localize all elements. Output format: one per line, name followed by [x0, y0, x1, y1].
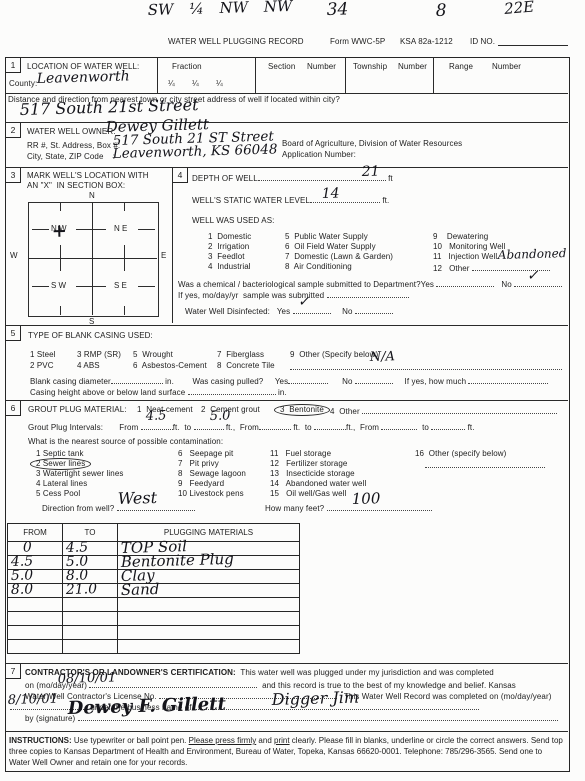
section5-title: TYPE OF BLANK CASING USED: [28, 331, 153, 340]
cell-to [63, 598, 118, 612]
divider [5, 731, 568, 732]
dotted-line [327, 289, 409, 298]
chem-no-checkmark-handwritten: ✓ [527, 268, 539, 284]
cell-from [8, 598, 63, 612]
divider [5, 93, 568, 94]
owner-address-label: RR #, St. Address, Box #: [27, 141, 120, 150]
contamination-item: 9 Feedyard [178, 479, 224, 488]
casing-height-label: Casing height above or below land surfac… [30, 388, 185, 397]
feet-label: How many feet? [265, 504, 324, 513]
scanned-form-page: SW ¼ NW NW 34 8 22E WATER WELL PLUGGING … [0, 0, 585, 781]
inches-label: in. [165, 377, 174, 386]
contamination-item: 5 Cess Pool [36, 489, 80, 498]
casing-option: 6 Asbestos-Cement [133, 361, 207, 370]
cell-to [63, 612, 118, 626]
section3-title-line1: MARK WELL'S LOCATION WITH [27, 171, 149, 180]
cell-to [63, 640, 118, 654]
grout-option-bentonite-circled: 3 Bentonite [274, 404, 330, 416]
section-box-diagram [28, 202, 159, 317]
inches-label: in. [278, 388, 287, 397]
cell-material [118, 598, 300, 612]
divider [5, 167, 568, 168]
pulled-no-label: No [342, 377, 352, 386]
feet-line: How many feet? [265, 502, 432, 513]
certification-text1: This water well was plugged under my jur… [240, 668, 494, 677]
business-name-handwritten: Digger Jim [271, 688, 359, 709]
divider [172, 167, 173, 323]
used-item: 2 Irrigation [208, 242, 249, 251]
cell-material: Sand [118, 584, 300, 598]
divider [255, 57, 256, 93]
from-value-handwritten: 5.0 [11, 570, 34, 581]
disinfected-yes-checkmark-handwritten: ✓ [298, 294, 310, 310]
contamination-other-label: 16 Other (specify below) [415, 449, 506, 458]
feet-value-handwritten: 100 [351, 489, 380, 508]
table-row [8, 640, 300, 654]
from-label: From [360, 423, 379, 432]
dotted-line [259, 421, 291, 430]
statute-reference: KSA 82a-1212 [400, 37, 453, 46]
material-value-handwritten: Bentonite Plug [121, 553, 234, 566]
handwritten-range-number: 22E [503, 0, 535, 18]
contamination-item: 14 Abandoned water well [270, 479, 366, 488]
cell-material [118, 640, 300, 654]
dotted-line [288, 375, 328, 384]
casing-diameter-label: Blank casing diameter [30, 377, 111, 386]
from-label: From [240, 423, 259, 432]
chem-no-label: No [501, 280, 511, 289]
contamination-item: 6 Seepage pit [178, 449, 233, 458]
to-value-handwritten: 21.0 [66, 584, 97, 595]
range-col-label: Range [449, 62, 473, 71]
diagram-tick [124, 202, 125, 211]
used-item: 1 Domestic [208, 232, 251, 241]
depth-value-handwritten: 21 [362, 164, 380, 180]
contamination-question: What is the nearest source of possible c… [28, 437, 223, 446]
table-row [8, 612, 300, 626]
dotted-line [355, 305, 393, 314]
casing-option: 8 Concrete Tile [217, 361, 275, 370]
pulled-yes-label: Yes [275, 377, 288, 386]
quarter-1: ¼ [168, 79, 175, 88]
depth-label: DEPTH OF WELL [192, 174, 258, 183]
dotted-line [381, 421, 417, 430]
well-location-mark-handwritten: + [51, 221, 67, 242]
quarter-2: ¼ [192, 79, 199, 88]
handwritten-township-number: 8 [435, 1, 446, 21]
to-label: to [305, 423, 312, 432]
used-item: 5 Public Water Supply [285, 232, 368, 241]
diagram-center-horizontal [28, 258, 157, 259]
direction-value-handwritten: West [117, 488, 157, 508]
diagram-tick [60, 202, 61, 211]
col-header-to: TO [63, 524, 118, 542]
handwritten-section-number: 34 [326, 0, 348, 20]
ft-label: ft. [173, 423, 180, 432]
cell-from [8, 640, 63, 654]
divider [345, 57, 346, 93]
section6-number-box: 6 [6, 401, 21, 416]
casing-option: 9 Other (Specify below) [290, 350, 378, 359]
diagram-tick [124, 306, 125, 315]
used-item: 3 Feedlot [208, 252, 245, 261]
used-item: 7 Domestic (Lawn & Garden) [285, 252, 393, 261]
used-other-label: 12 Other [433, 264, 470, 273]
instructions-text: and [256, 736, 274, 745]
completed-date-handwritten: 08/10/01 [58, 670, 117, 687]
cell-material [118, 612, 300, 626]
to-label: to [422, 423, 429, 432]
divider [5, 122, 568, 123]
chemical-sample-question: Was a chemical / bacteriological sample … [178, 280, 421, 289]
static-level-label: WELL'S STATIC WATER LEVEL [192, 196, 310, 205]
divider [5, 400, 568, 401]
section2-number-box: 2 [6, 123, 21, 138]
disinfected-line: Water Well Disinfected: Yes No [185, 305, 393, 316]
contamination-item: 3 Watertight sewer lines [36, 469, 123, 478]
depth-unit: ft [388, 174, 393, 183]
disinfected-label: Water Well Disinfected: [185, 307, 270, 316]
dotted-line [431, 421, 465, 430]
owner-label: WATER WELL OWNER: [27, 127, 116, 136]
to-value-handwritten: 8.0 [66, 570, 89, 581]
contamination-item: 1 Septic tank [36, 449, 84, 458]
to-label: to [184, 423, 191, 432]
used-item: 11 Injection Well [433, 252, 497, 261]
contamination-item: 4 Lateral lines [36, 479, 87, 488]
diagram-dash [138, 229, 155, 230]
chemical-sample-line: Was a chemical / bacteriological sample … [178, 278, 562, 289]
dotted-line [310, 194, 380, 203]
dotted-line [314, 421, 346, 430]
used-item: 6 Oil Field Water Supply [285, 242, 376, 251]
static-level-line: WELL'S STATIC WATER LEVEL ft. [192, 194, 389, 205]
county-value-handwritten: Leavenworth [37, 68, 130, 87]
record-completed-date-handwritten: 8/10/01 [8, 692, 59, 708]
handwritten-quarter-calls: SW ¼ NW NW [147, 0, 292, 19]
cell-to [63, 626, 118, 640]
disinfected-yes-label: Yes [277, 307, 290, 316]
cell-from [8, 612, 63, 626]
well-used-as-label: WELL WAS USED AS: [192, 216, 274, 225]
diagram-tick [60, 245, 61, 271]
contamination-item: 12 Fertilizer storage [270, 459, 347, 468]
section3-title-line2: AN "X" IN SECTION BOX: [27, 181, 125, 190]
record-completed-label: This Water Well Record was completed on … [344, 692, 552, 701]
casing-option: 2 PVC [30, 361, 54, 370]
casing-other-value-handwritten: N/A [370, 349, 396, 365]
diagram-dash [76, 229, 106, 230]
contamination-item: 8 Sewage lagoon [178, 469, 246, 478]
plugging-materials-table: FROM TO PLUGGING MATERIALS 0 4.5 TOP Soi… [7, 523, 300, 654]
instructions-underlined-text: Please press firmly [189, 736, 257, 745]
quadrant-label-ne: N E [112, 224, 129, 233]
instructions-underlined-text: print [274, 736, 290, 745]
owner-city-label: City, State, ZIP Code : [27, 152, 115, 161]
section3-number-box: 3 [6, 168, 21, 183]
ft-comma-label: ft., [346, 423, 355, 432]
application-number-label: Application Number: [282, 150, 356, 159]
diagram-dash [138, 286, 155, 287]
quadrant-label-se: S E [112, 281, 129, 290]
instructions-text: Use typewriter or ball point pen. [72, 736, 189, 745]
used-item: 8 Air Conditioning [285, 262, 352, 271]
compass-north: N [89, 191, 95, 200]
casing-option: 3 RMP (SR) [77, 350, 121, 359]
casing-other-dotted-line [290, 361, 562, 370]
casing-diameter-line: Blank casing diameter in. Was casing pul… [30, 375, 548, 386]
contamination-other-dotted-line [425, 459, 545, 468]
dotted-line [355, 375, 393, 384]
casing-pulled-question: Was casing pulled? [192, 377, 263, 386]
cell-from: 8.0 [8, 584, 63, 598]
interval-to-value-handwritten: 5.0 [210, 408, 231, 424]
signature-handwritten: Dewey F. Gillett [67, 694, 226, 719]
instructions-block: INSTRUCTIONS: Use typewriter or ball poi… [9, 735, 565, 768]
county-label: County: [9, 79, 37, 88]
direction-label: Direction from well? [42, 504, 114, 513]
casing-height-line: Casing height above or below land surfac… [30, 386, 287, 397]
dotted-line [188, 386, 276, 395]
quarter-3: ¼ [216, 79, 223, 88]
dotted-line [111, 375, 163, 384]
casing-option: 7 Fiberglass [217, 350, 264, 359]
from-label: From [119, 423, 138, 432]
col-header-from: FROM [8, 524, 63, 542]
from-value-handwritten: 8.0 [11, 584, 34, 595]
to-value-handwritten: 5.0 [66, 556, 89, 567]
ft-comma-label: ft., [226, 423, 235, 432]
section1-number-box: 1 [6, 58, 21, 73]
section4-number-box: 4 [173, 168, 188, 183]
form-number: Form WWC-5P [330, 37, 385, 46]
section-number-label: Number [307, 62, 336, 71]
static-level-unit: ft. [382, 196, 389, 205]
table-row [8, 626, 300, 640]
casing-option: 1 Steel [30, 350, 56, 359]
if-yes-line: If yes, mo/day/yr sample was submitted [178, 289, 409, 300]
cell-from [8, 626, 63, 640]
material-value-handwritten: Sand [121, 583, 160, 594]
casing-option: 5 Wrought [133, 350, 173, 359]
dotted-line [362, 405, 557, 414]
disinfected-no-label: No [342, 307, 352, 316]
divider [433, 57, 434, 93]
contamination-item: 7 Pit privy [178, 459, 219, 468]
grout-intervals-line: Grout Plug Intervals: From ft. to ft., F… [28, 421, 475, 432]
grout-option-other: 4 Other [330, 405, 557, 416]
form-title: WATER WELL PLUGGING RECORD [168, 37, 304, 46]
contamination-item: 10 Livestock pens [178, 489, 244, 498]
section5-number-box: 5 [6, 326, 21, 341]
section-col-label: Section [268, 62, 295, 71]
to-value-handwritten: 4.5 [66, 542, 89, 553]
diagram-tick [124, 245, 125, 271]
material-value-handwritten: Clay [121, 570, 155, 581]
divider [5, 325, 568, 326]
instructions-label: INSTRUCTIONS: [9, 736, 72, 745]
ft-label: ft. [468, 423, 475, 432]
used-item: 4 Industrial [208, 262, 251, 271]
cell-to: 21.0 [63, 584, 118, 598]
table-row: 8.0 21.0 Sand [8, 584, 300, 598]
section7-number-box: 7 [6, 664, 21, 679]
divider [157, 57, 158, 93]
id-no-line [498, 45, 568, 46]
grout-intervals-label: Grout Plug Intervals: [28, 423, 103, 432]
static-level-value-handwritten: 14 [322, 186, 340, 202]
quadrant-label-sw: S W [49, 281, 68, 290]
id-no-label: ID NO. [470, 37, 495, 46]
section6-title: GROUT PLUG MATERIAL: [28, 405, 127, 414]
diagram-dash [76, 286, 106, 287]
divider [5, 663, 568, 664]
chem-yes-label: Yes [421, 280, 434, 289]
casing-option: 4 ABS [77, 361, 100, 370]
fraction-label: Fraction [172, 62, 202, 71]
used-item: 9 Dewatering [433, 232, 488, 241]
range-number-label: Number [492, 62, 521, 71]
from-value-handwritten: 4.5 [11, 556, 34, 567]
township-number-label: Number [398, 62, 427, 71]
table-row [8, 598, 300, 612]
how-much-label: If yes, how much [405, 377, 467, 386]
contamination-item: 11 Fuel storage [270, 449, 331, 458]
contamination-item: 13 Insecticide storage [270, 469, 355, 478]
agency-label: Board of Agriculture, Division of Water … [282, 139, 462, 148]
used-item: 10 Monitoring Well [433, 242, 506, 251]
compass-west: W [10, 251, 18, 260]
contamination-item: 15 Oil well/Gas well [270, 489, 346, 498]
township-col-label: Township [353, 62, 387, 71]
from-value-handwritten: 0 [11, 542, 32, 553]
diagram-tick [60, 306, 61, 315]
used-other-value-handwritten: Abandoned [498, 246, 567, 262]
compass-east: E [161, 251, 166, 260]
dotted-line [468, 375, 548, 384]
cell-material [118, 626, 300, 640]
grout-other-label: 4 Other [330, 407, 360, 416]
interval-from-value-handwritten: 4.5 [146, 408, 167, 424]
ft-label: ft. [293, 423, 300, 432]
dotted-line [436, 278, 494, 287]
